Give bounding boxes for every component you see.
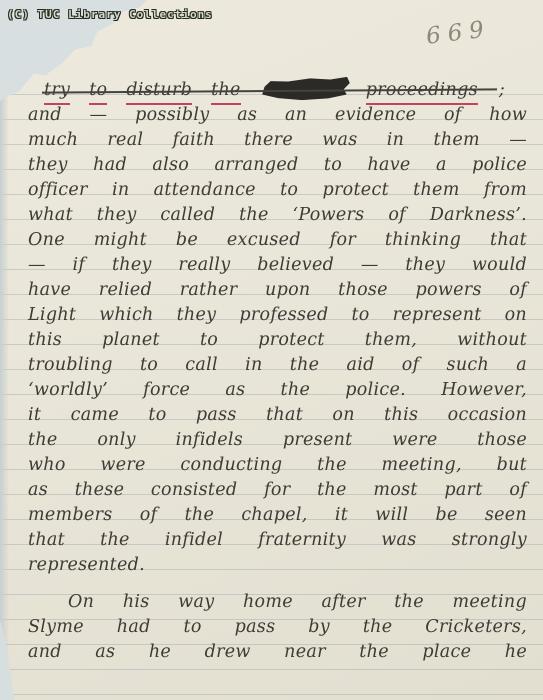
watermark: (C) TUC Library Collections	[7, 8, 213, 21]
page-left-edge-shadow	[0, 0, 9, 700]
manuscript-line: ‘worldly’ force as the police. However,	[28, 378, 527, 403]
manuscript-line: much real faith there was in them —	[28, 128, 527, 153]
manuscript-line: troubling to call in the aid of such a	[28, 353, 527, 378]
manuscript-line: have relied rather upon those powers of	[28, 278, 527, 303]
manuscript-line: this planet to protect them, without	[28, 328, 527, 353]
manuscript-line: that the infidel fraternity was strongly	[28, 528, 527, 553]
manuscript-line: members of the chapel, it will be seen	[28, 503, 527, 528]
manuscript-text: trytodisturbtheproceedings; and — possib…	[28, 78, 527, 665]
paragraph-2: On his way home after the meetingSlyme h…	[28, 590, 527, 665]
manuscript-line: they had also arranged to have a police	[28, 153, 527, 178]
manuscript-line: and — possibly as an evidence of how	[28, 103, 527, 128]
manuscript-line: represented.	[28, 553, 527, 578]
manuscript-line: One might be excused for thinking that	[28, 228, 527, 253]
manuscript-line: On his way home after the meeting	[28, 590, 527, 615]
manuscript-line: it came to pass that on this occasion	[28, 403, 527, 428]
struck-word: proceedings	[366, 78, 478, 105]
manuscript-line: — if they really believed — they would	[28, 253, 527, 278]
manuscript-line: and as he drew near the place he	[28, 640, 527, 665]
page-number: 669	[425, 16, 493, 50]
manuscript-line: who were conducting the meeting, but	[28, 453, 527, 478]
struck-line: trytodisturbtheproceedings;	[28, 78, 527, 103]
manuscript-paper: 669 trytodisturbtheproceedings; and — po…	[0, 0, 543, 700]
manuscript-line: as these consisted for the most part of	[28, 478, 527, 503]
manuscript-line: the only infidels present were those	[28, 428, 527, 453]
manuscript-line: Light which they professed to represent …	[28, 303, 527, 328]
struck-punctuation: ;	[499, 78, 505, 103]
manuscript-line: officer in attendance to protect them fr…	[28, 178, 527, 203]
manuscript-line: Slyme had to pass by the Cricketers,	[28, 615, 527, 640]
scanned-document-page: 669 trytodisturbtheproceedings; and — po…	[0, 0, 543, 700]
manuscript-line: what they called the ‘Powers of Darkness…	[28, 203, 527, 228]
paragraph-1: and — possibly as an evidence of howmuch…	[28, 103, 527, 578]
